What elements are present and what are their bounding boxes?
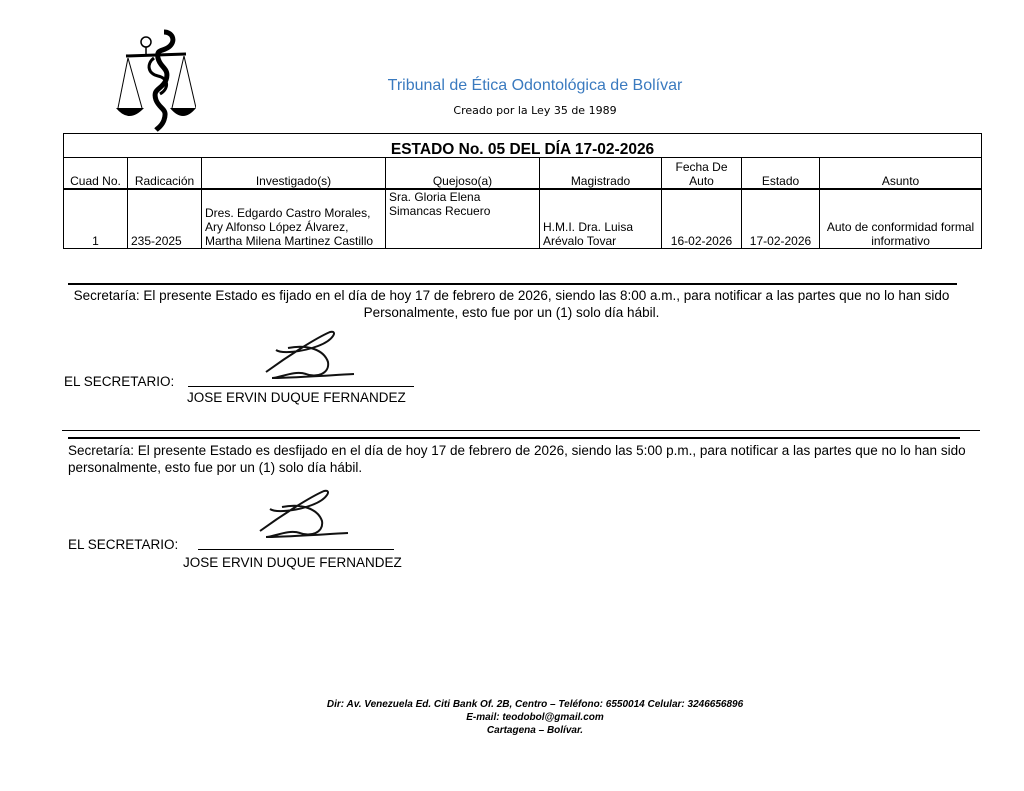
cell-estado: 17-02-2026 <box>742 189 820 249</box>
estado-caption: ESTADO No. 05 DEL DÍA 17-02-2026 <box>64 134 982 158</box>
tribunal-title: Tribunal de Ética Odontológica de Bolíva… <box>360 77 710 95</box>
estado-table: ESTADO No. 05 DEL DÍA 17-02-2026 Cuad No… <box>63 133 982 249</box>
cell-magistrado: H.M.I. Dra. Luisa Arévalo Tovar <box>540 189 662 249</box>
column-header-radicacion: Radicación <box>128 158 202 190</box>
column-header-magistrado: Magistrado <box>540 158 662 190</box>
desfijacion-text: Secretaría: El presente Estado es desfij… <box>68 442 968 476</box>
column-header-cuad-no: Cuad No. <box>64 158 128 190</box>
tribunal-subtitle: Creado por la Ley 35 de 1989 <box>360 104 710 117</box>
signature-line <box>198 549 394 550</box>
scales-of-justice-logo-icon <box>116 28 196 132</box>
secretario-name: JOSE ERVIN DUQUE FERNANDEZ <box>183 555 402 570</box>
divider <box>68 283 957 285</box>
column-header-investigados: Investigado(s) <box>202 158 386 190</box>
cell-fecha-auto: 16-02-2026 <box>662 189 742 249</box>
footer-city: Cartagena – Bolívar. <box>200 724 870 737</box>
footer-address: Dir: Av. Venezuela Ed. Citi Bank Of. 2B,… <box>200 698 870 711</box>
footer-email: E-mail: teodobol@gmail.com <box>200 711 870 724</box>
cell-investigados: Dres. Edgardo Castro Morales, Ary Alfons… <box>202 189 386 249</box>
cell-cuad-no: 1 <box>64 189 128 249</box>
cell-quejoso: Sra. Gloria Elena Simancas Recuero <box>386 189 540 249</box>
divider <box>62 430 980 431</box>
secretario-name: JOSE ERVIN DUQUE FERNANDEZ <box>187 390 406 405</box>
fijacion-text: Secretaría: El presente Estado es fijado… <box>64 287 959 321</box>
column-header-fecha-auto: Fecha De Auto <box>662 158 742 190</box>
footer-contact: Dir: Av. Venezuela Ed. Citi Bank Of. 2B,… <box>200 698 870 737</box>
table-row: 1 235-2025 Dres. Edgardo Castro Morales,… <box>64 189 982 249</box>
cell-radicacion: 235-2025 <box>128 189 202 249</box>
secretario-label: EL SECRETARIO: <box>64 374 174 389</box>
column-header-quejoso: Quejoso(a) <box>386 158 540 190</box>
column-header-asunto: Asunto <box>820 158 982 190</box>
column-header-estado: Estado <box>742 158 820 190</box>
signature-line <box>188 386 414 387</box>
secretario-label: EL SECRETARIO: <box>68 537 178 552</box>
signature-icon <box>258 328 368 388</box>
cell-asunto: Auto de conformidad formal informativo <box>820 189 982 249</box>
signature-icon <box>252 487 362 547</box>
divider <box>68 437 960 439</box>
